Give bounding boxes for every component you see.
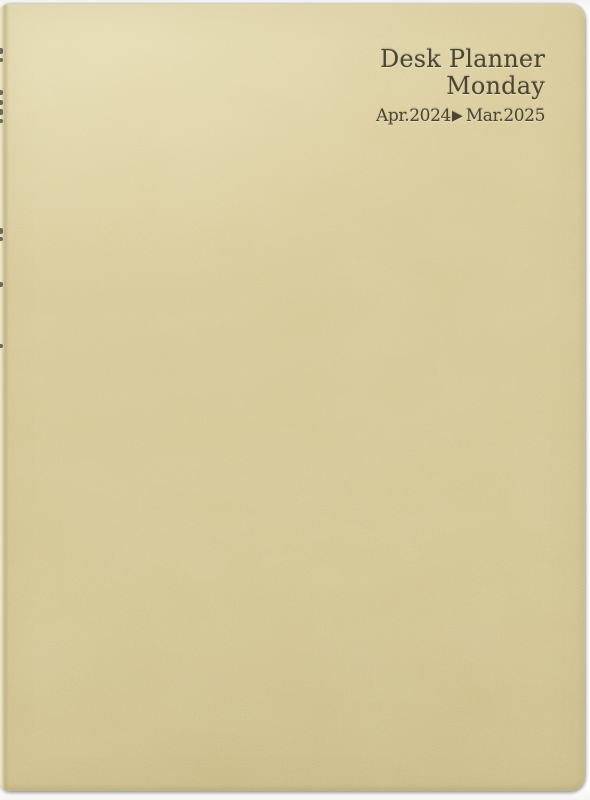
planner-date-range: Apr.2024▶Mar.2025	[376, 105, 545, 128]
date-range-end: Mar.2025	[466, 106, 545, 126]
planner-title: Desk Planner	[376, 46, 545, 73]
spine-print-mark	[0, 58, 3, 62]
spine-print-mark	[0, 90, 3, 95]
planner-subtitle: Monday	[376, 73, 545, 100]
spine-print-mark	[0, 119, 3, 123]
spine-print-mark	[0, 109, 3, 115]
product-photo: Desk Planner Monday Apr.2024▶Mar.2025	[0, 0, 590, 800]
spine-print-mark	[0, 237, 3, 241]
spine-edge	[0, 4, 9, 791]
spine-print-mark	[0, 48, 3, 54]
spine-print-mark	[0, 228, 3, 234]
spine-print-mark	[0, 344, 3, 348]
date-range-start: Apr.2024	[376, 106, 451, 126]
spine-print-mark	[0, 282, 3, 287]
arrow-right-icon: ▶	[452, 105, 463, 127]
spine-print-mark	[0, 100, 3, 105]
cover-title-block: Desk Planner Monday Apr.2024▶Mar.2025	[376, 46, 545, 128]
planner-cover: Desk Planner Monday Apr.2024▶Mar.2025	[0, 4, 585, 791]
